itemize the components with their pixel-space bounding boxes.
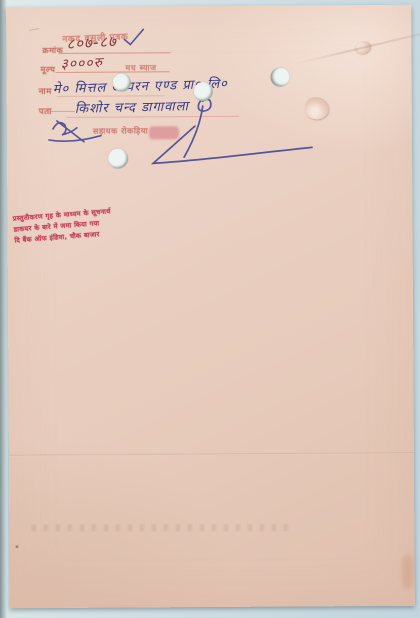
- signature-flourish: [184, 99, 211, 157]
- signature-tail: [153, 125, 312, 163]
- checkmark-ink: [124, 29, 143, 44]
- punch-hole: [194, 82, 213, 101]
- scanned-document-photo: नकद वसूली पत्रक क्रमांक ८०७-८७ मूल्य ३००…: [0, 0, 420, 618]
- receipt-paper: नकद वसूली पत्रक क्रमांक ८०७-८७ मूल्य ३००…: [6, 5, 415, 608]
- initials-scribble: [49, 121, 101, 142]
- punch-hole: [108, 149, 128, 169]
- punch-hole: [113, 73, 131, 91]
- punch-hole: [271, 68, 290, 87]
